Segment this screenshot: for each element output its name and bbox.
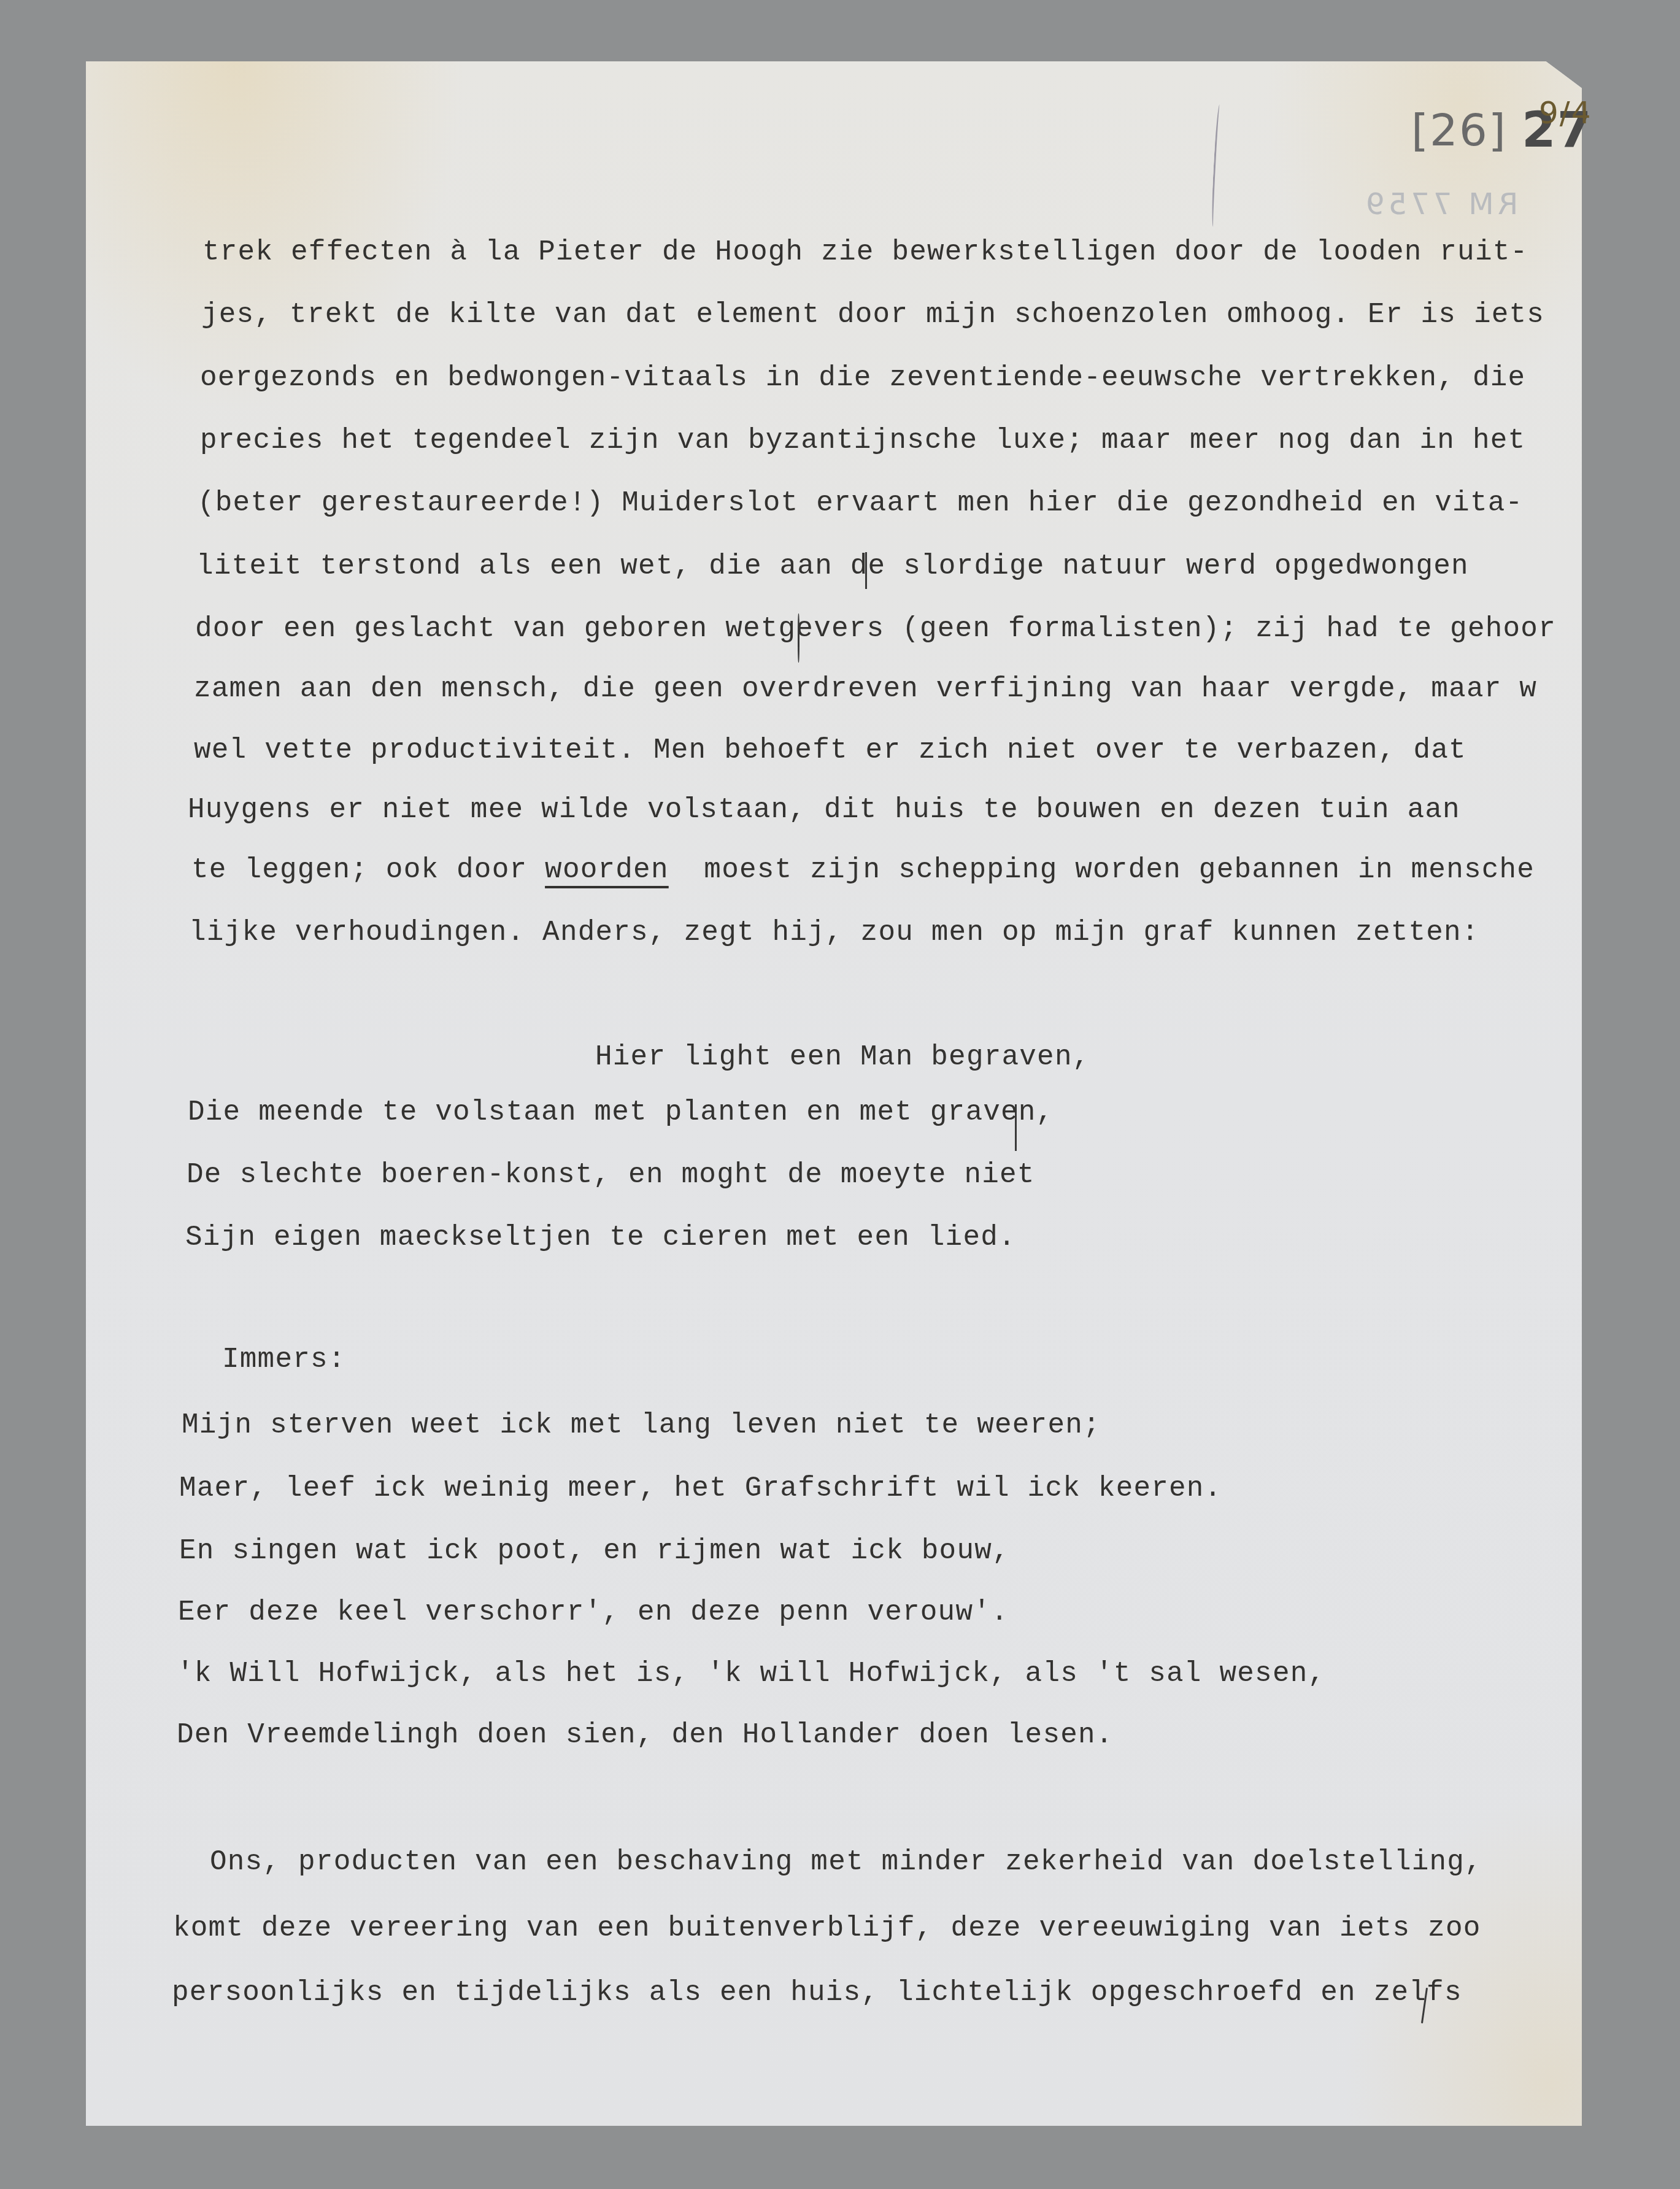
paragraph1-line-with-underline: te leggen; ook door woorden moest zijn s… — [191, 856, 1535, 884]
poem2-line: Den Vreemdelingh doen sien, den Hollande… — [177, 1721, 1114, 1749]
correction-stroke — [798, 614, 800, 663]
folio-overwritten-number: 9/4 — [1539, 95, 1592, 131]
poem2-line: En singen wat ick poot, en rijmen wat ic… — [179, 1537, 1010, 1565]
paragraph2-line: Ons, producten van een beschaving met mi… — [210, 1848, 1482, 1876]
paragraph2-line: persoonlijks en tijdelijks als een huis,… — [172, 1979, 1462, 2007]
correction-stroke — [865, 552, 867, 589]
poem2-line: Mijn sterven weet ick met lang leven nie… — [182, 1411, 1101, 1439]
ghost-stamp-bleedthrough: RM 7759 — [1362, 187, 1518, 221]
paragraph1-line: Huygens er niet mee wilde volstaan, dit … — [188, 796, 1460, 824]
poem2-line: Maer, leef ick weinig meer, het Grafschr… — [179, 1474, 1222, 1502]
poem1-line: De slechte boeren-konst, en moght de moe… — [187, 1161, 1035, 1189]
paragraph1-line: trek effecten à la Pieter de Hoogh zie b… — [202, 238, 1528, 266]
paragraph1-line: wel vette productiviteit. Men behoeft er… — [194, 736, 1466, 764]
paragraph2-line: komt deze vereering van een buitenverbli… — [173, 1914, 1481, 1942]
paragraph1-line: (beter gerestaureerde!) Muiderslot ervaa… — [198, 489, 1523, 517]
paragraph1-line: door een geslacht van geboren wetgevers … — [195, 615, 1556, 643]
paragraph1-line: liteit terstond als een wet, die aan de … — [196, 552, 1469, 580]
text-segment: te leggen; ook door — [191, 854, 545, 886]
text-segment: moest zijn schepping worden gebannen in … — [669, 854, 1535, 886]
poem1-line: Hier light een Man begraven, — [595, 1043, 1090, 1071]
folio-page-number: 27 9/4 — [1522, 101, 1592, 158]
paragraph1-line: oergezonds en bedwongen-vitaals in die z… — [200, 364, 1525, 392]
poem1-line: Die meende te volstaan met planten en me… — [188, 1098, 1054, 1126]
paragraph1-line: lijke verhoudingen. Anders, zegt hij, zo… — [189, 918, 1479, 947]
interjection-immers: Immers: — [222, 1345, 346, 1374]
paragraph1-line: jes, trekt de kilte van dat element door… — [201, 301, 1544, 329]
poem1-line: Sijn eigen maeckseltjen te cieren met ee… — [185, 1223, 1016, 1252]
paragraph1-line: zamen aan den mensch, die geen overdreve… — [194, 675, 1537, 703]
folio-bracketed-number: [26] — [1411, 104, 1507, 156]
paragraph1-line: precies het tegendeel zijn van byzantijn… — [200, 426, 1525, 455]
underlined-word: woorden — [545, 854, 669, 886]
poem2-line: 'k Will Hofwijck, als het is, 'k will Ho… — [177, 1660, 1325, 1688]
poem2-line: Eer deze keel verschorr', en deze penn v… — [178, 1598, 1009, 1626]
